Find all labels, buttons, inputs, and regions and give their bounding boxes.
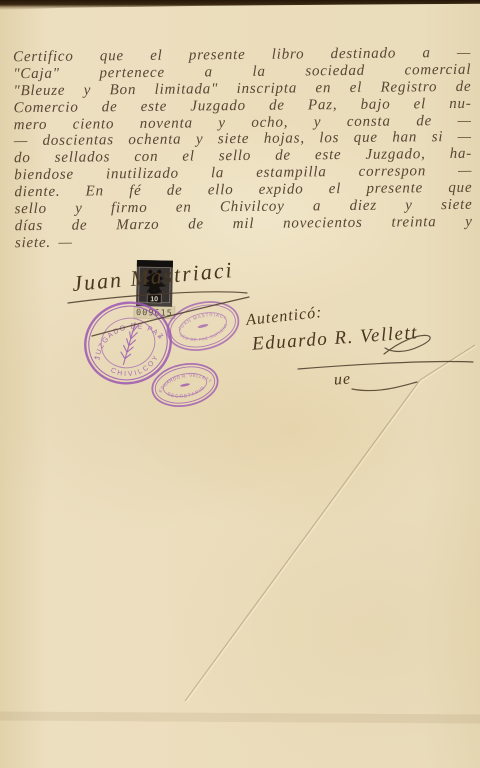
secretary-signature: Eduardo R. Vellett [251, 322, 418, 356]
paper-crease [0, 345, 480, 719]
judge-signature: Juan Mastriaci [71, 257, 234, 297]
auth-note: Autenticó: [245, 304, 323, 330]
revenue-stamp-value-box [147, 294, 161, 303]
juzgado-seal: JUZGADO DE PAZ CHIVILCOY * * [75, 292, 182, 395]
svg-text:JUAN MASTRIACI: JUAN MASTRIACI [175, 308, 228, 332]
rubric-mark: ue [333, 370, 351, 389]
juzgado-seal-top-text: JUZGADO DE PAZ [85, 312, 168, 363]
svg-text:SECRETARIO: SECRETARIO [166, 384, 208, 402]
secretario-seal: EDUARDO R. VELLETT SECRETARIO [149, 359, 222, 412]
seal-center-dash [197, 323, 208, 328]
secretary-signature-underline [298, 361, 473, 369]
juez-seal: JUAN MASTRIACI JUEZ DE PAZ SUPLENTE [163, 295, 244, 357]
juez-seal-top-text: JUAN MASTRIACI [175, 308, 228, 332]
juzgado-seal-bottom-text: CHIVILCOY [108, 352, 165, 385]
juez-seal-bottom-text: JUEZ DE PAZ SUPLENTE [177, 316, 231, 347]
svg-text:JUZGADO DE PAZ: JUZGADO DE PAZ [85, 312, 168, 363]
secretario-seal-top-text: EDUARDO R. VELLETT [155, 368, 213, 394]
document-page: Certifico que el presente libro destinad… [0, 0, 480, 768]
stamp-cancellation-stroke [92, 297, 249, 336]
seal-star-left: * [93, 354, 99, 364]
handwritten-text: Certifico que el presente libro destinad… [13, 45, 473, 252]
seal-center-dash [180, 383, 190, 387]
seal-star-right: * [158, 333, 164, 343]
svg-text:CHIVILCOY: CHIVILCOY [108, 352, 165, 385]
svg-text:EDUARDO R. VELLETT: EDUARDO R. VELLETT [155, 368, 213, 394]
revenue-stamp-value: 10 [150, 296, 158, 303]
page-top-edge [0, 0, 480, 10]
rubric-tail [352, 382, 417, 391]
laurel-branch-icon [112, 322, 147, 364]
svg-text:JUEZ DE PAZ SUPLENTE: JUEZ DE PAZ SUPLENTE [177, 316, 231, 347]
secretario-seal-bottom-text: SECRETARIO [166, 384, 208, 402]
revenue-stamp-serial: 009615 [136, 308, 173, 319]
revenue-stamp-serial-band [134, 306, 175, 319]
